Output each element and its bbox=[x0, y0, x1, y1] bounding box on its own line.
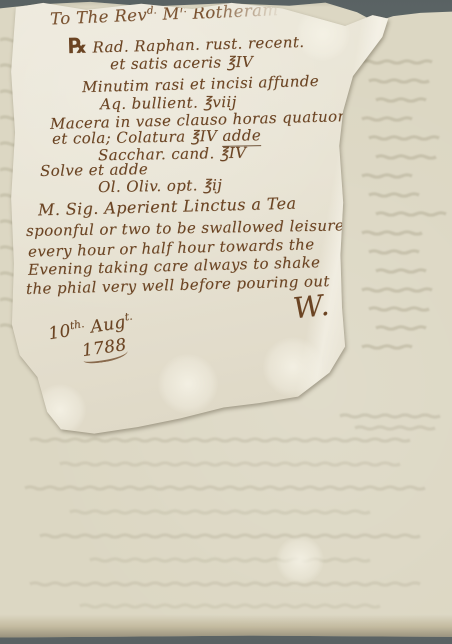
paste-stain bbox=[276, 536, 324, 584]
recipe-line: Minutim rasi et incisi affunde bbox=[82, 74, 319, 95]
paste-stain bbox=[263, 337, 323, 397]
pasted-prescription-slip: To The Revd. Mr. Rotheram ℞ Rad. Raphan.… bbox=[8, 2, 400, 438]
paste-stain bbox=[34, 384, 86, 436]
recipe-line: et satis aceris ℥IV bbox=[110, 55, 254, 72]
recipient-name: Rotheram bbox=[192, 0, 279, 22]
paste-stain bbox=[158, 354, 218, 414]
signature: W. C. bbox=[292, 286, 378, 324]
address-line: To The Revd. Mr. Rotheram bbox=[50, 1, 279, 28]
recipe-line: Solve et adde bbox=[40, 162, 148, 179]
date-year: 1788 bbox=[81, 337, 128, 360]
scanned-manuscript: To The Revd. Mr. Rotheram ℞ Rad. Raphan.… bbox=[0, 0, 452, 644]
slip-paper: To The Revd. Mr. Rotheram ℞ Rad. Raphan.… bbox=[8, 2, 400, 438]
recipe-line: Ol. Oliv. opt. ℥ij bbox=[98, 178, 223, 195]
directions-line: M. Sig. Aperient Linctus a Tea bbox=[38, 196, 297, 219]
recipe-line: ℞ Rad. Raphan. rust. recent. bbox=[68, 29, 305, 56]
